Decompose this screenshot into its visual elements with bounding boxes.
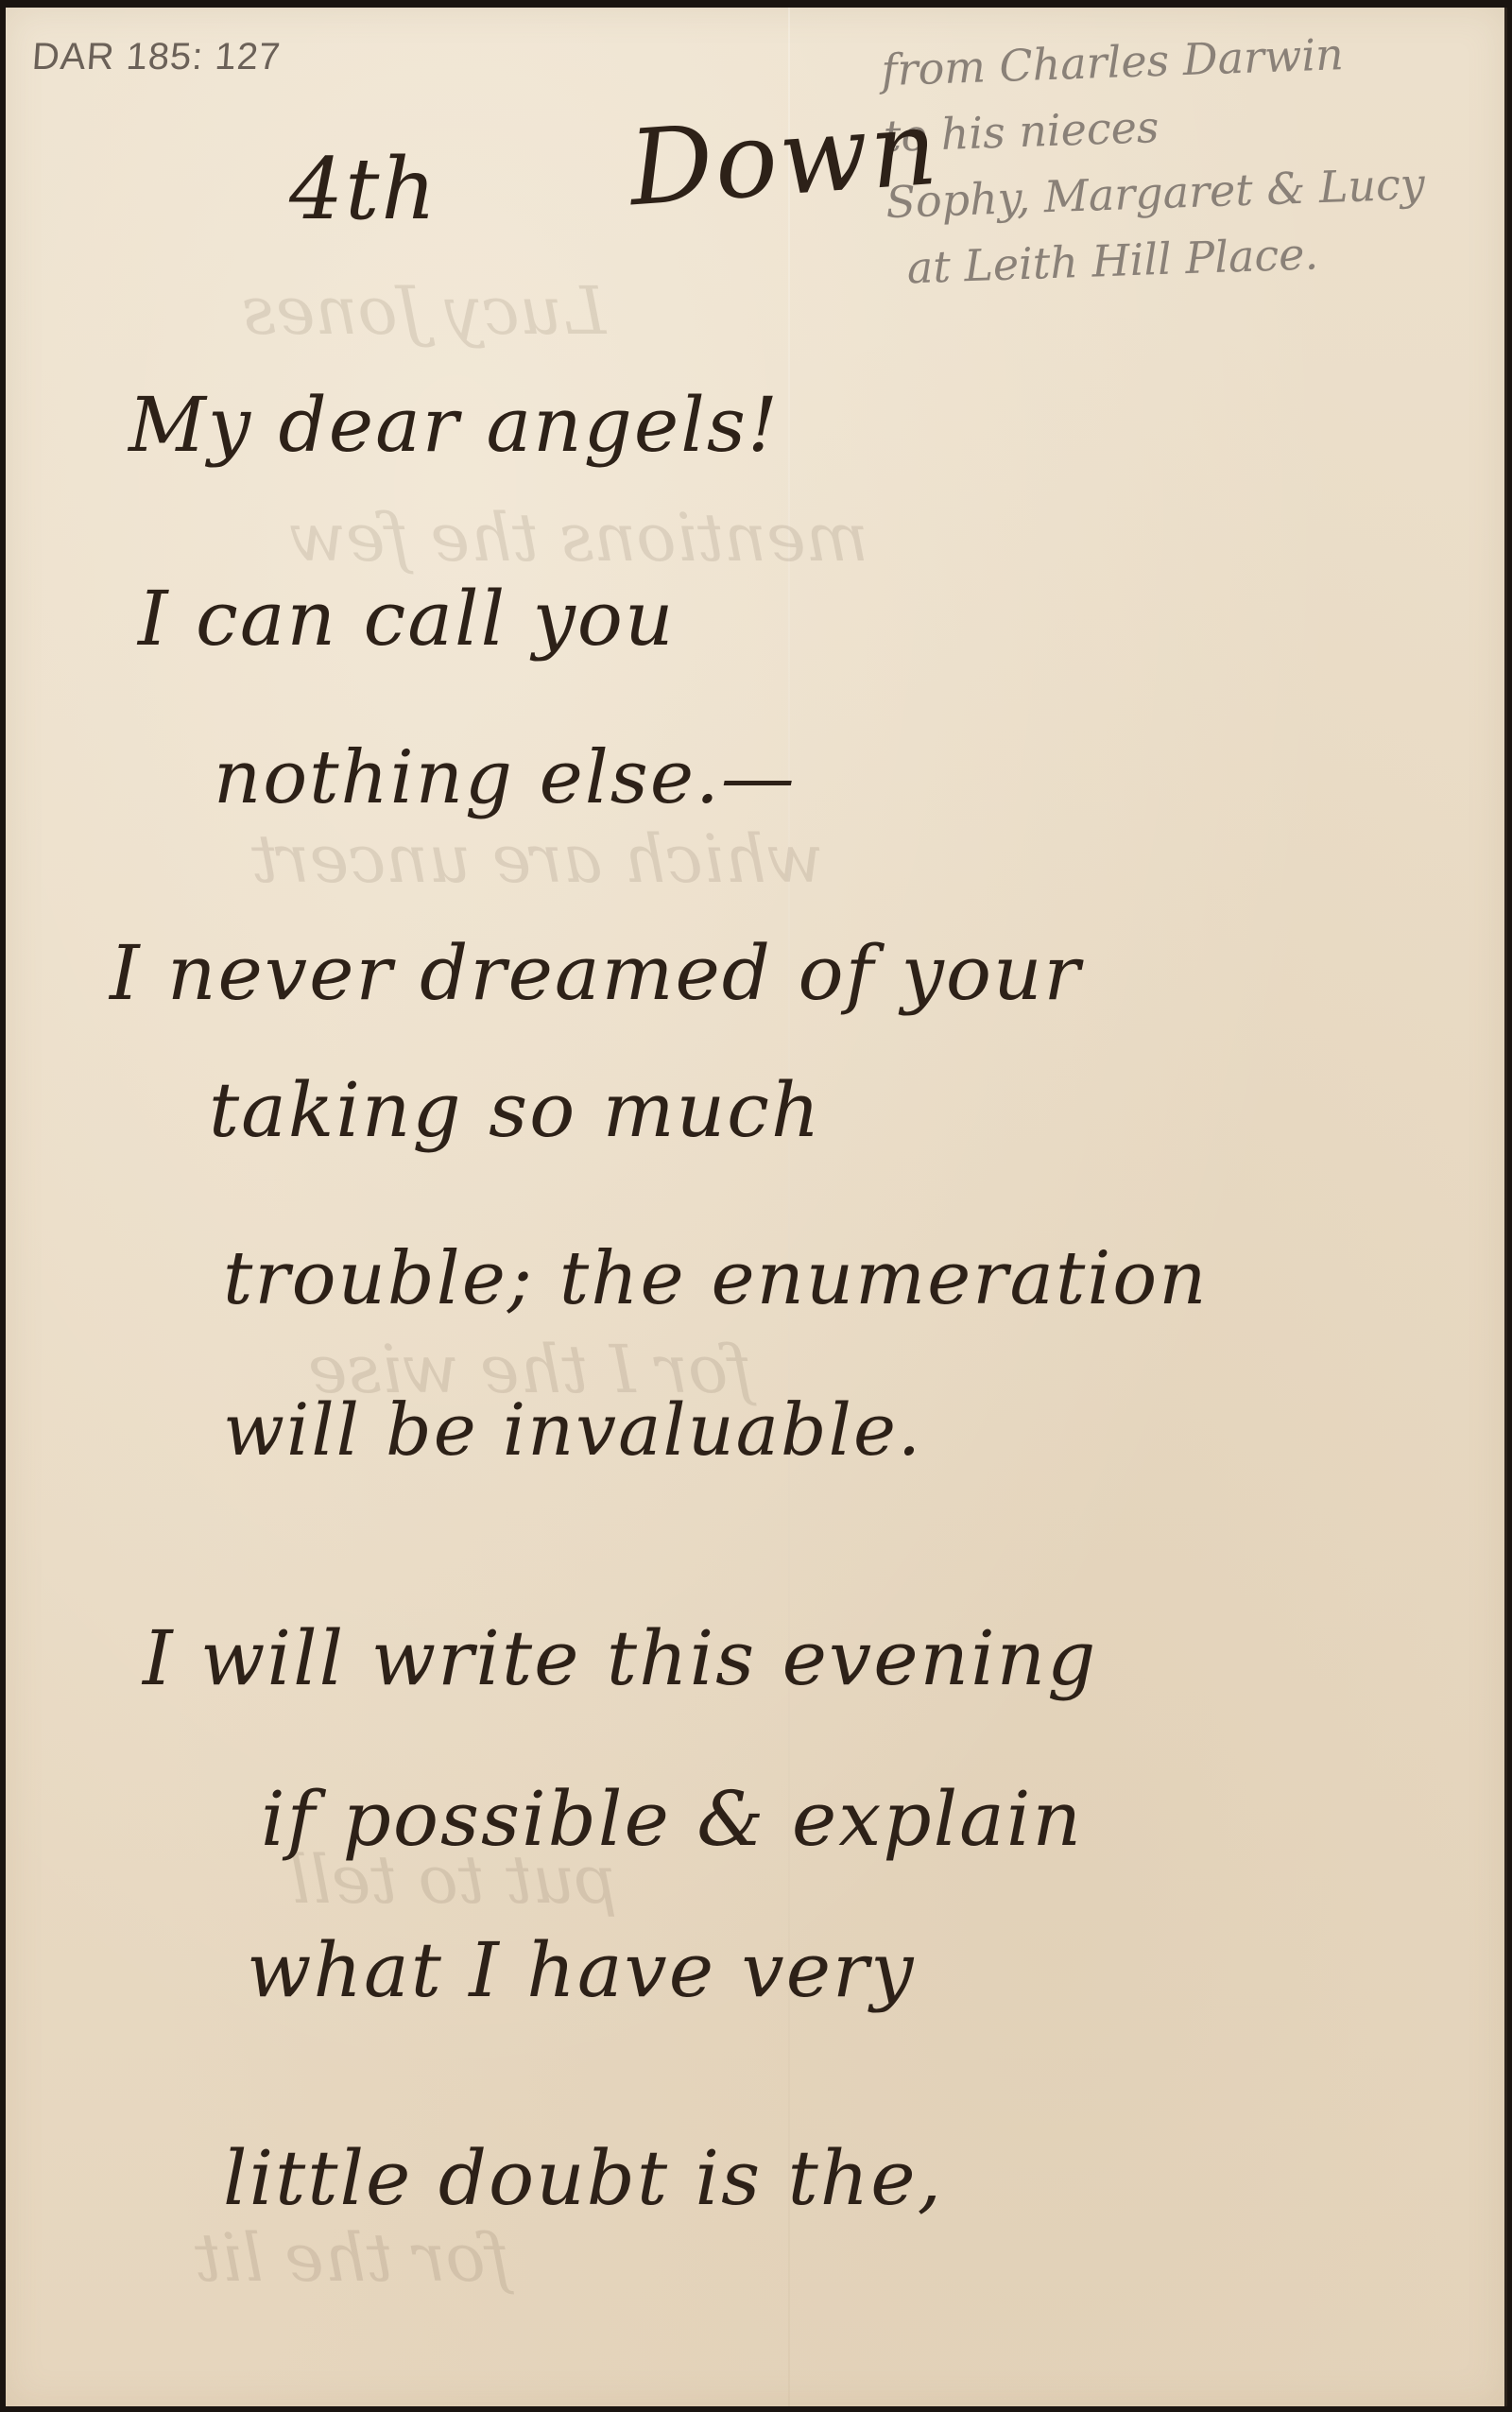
letter-line: little doubt is the, bbox=[223, 2134, 943, 2222]
bleed-through-text: which are uncert bbox=[251, 820, 823, 898]
letter-page: Lucy Jones mentions the few which are un… bbox=[6, 8, 1507, 2406]
bleed-through-text: Lucy Jones bbox=[242, 272, 606, 350]
letter-line: taking so much bbox=[209, 1066, 821, 1154]
bleed-through-text: mentions the few bbox=[289, 499, 868, 577]
letter-line: what I have very bbox=[247, 1926, 915, 2014]
bleed-through-text: for the lit bbox=[195, 2219, 510, 2297]
letter-line: if possible & explain bbox=[261, 1775, 1083, 1863]
letter-line: I can call you bbox=[138, 575, 675, 663]
letter-line: trouble; the enumeration bbox=[223, 1236, 1209, 1321]
pencil-annotation: from Charles Darwin to his nieces Sophy,… bbox=[880, 16, 1493, 301]
letter-line: I will write this evening bbox=[143, 1614, 1097, 1702]
letter-line: nothing else.— bbox=[214, 735, 797, 820]
letter-place: Down bbox=[626, 87, 943, 230]
letter-line: I never dreamed of your bbox=[110, 929, 1082, 1017]
letter-line: My dear angels! bbox=[129, 381, 780, 469]
archive-reference: DAR 185: 127 bbox=[30, 36, 282, 78]
fold-crease bbox=[788, 8, 790, 2406]
letter-date: 4th bbox=[289, 140, 438, 239]
letter-line: will be invaluable. bbox=[223, 1387, 922, 1472]
